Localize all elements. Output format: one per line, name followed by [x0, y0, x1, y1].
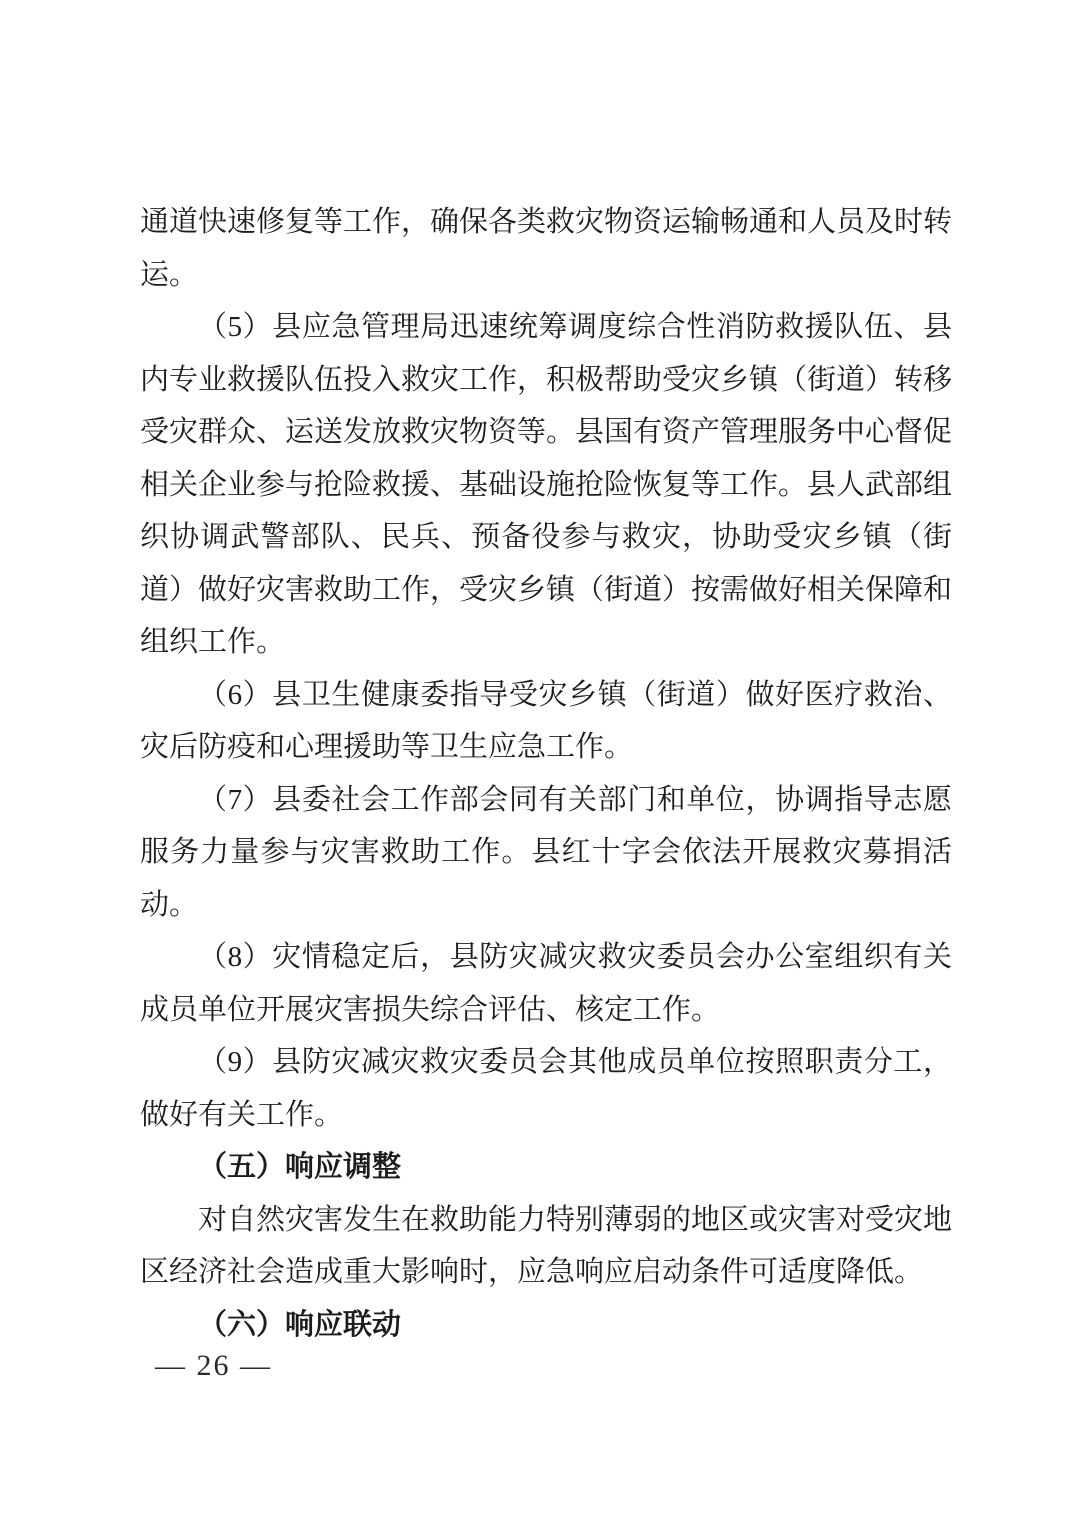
paragraph: 对自然灾害发生在救助能力特别薄弱的地区或灾害对受灾地区经济社会造成重大影响时，应…: [140, 1194, 952, 1299]
document-page: 通道快速修复等工作，确保各类救灾物资运输畅通和人员及时转运。（5）县应急管理局迅…: [0, 0, 1074, 1520]
paragraph: （7）县委社会工作部会同有关部门和单位，协调指导志愿服务力量参与灾害救助工作。县…: [140, 774, 952, 932]
section-heading: （六）响应联动: [140, 1299, 952, 1352]
paragraph: （5）县应急管理局迅速统筹调度综合性消防救援队伍、县内专业救援队伍投入救灾工作，…: [140, 301, 952, 669]
document-content: 通道快速修复等工作，确保各类救灾物资运输畅通和人员及时转运。（5）县应急管理局迅…: [140, 196, 952, 1351]
page-footer: — 26 —: [155, 1348, 272, 1384]
page-number: — 26 —: [155, 1349, 272, 1382]
section-heading: （五）响应调整: [140, 1141, 952, 1194]
paragraph: （9）县防灾减灾救灾委员会其他成员单位按照职责分工，做好有关工作。: [140, 1036, 952, 1141]
paragraph: 通道快速修复等工作，确保各类救灾物资运输畅通和人员及时转运。: [140, 196, 952, 301]
paragraph: （8）灾情稳定后，县防灾减灾救灾委员会办公室组织有关成员单位开展灾害损失综合评估…: [140, 931, 952, 1036]
paragraph: （6）县卫生健康委指导受灾乡镇（街道）做好医疗救治、灾后防疫和心理援助等卫生应急…: [140, 669, 952, 774]
